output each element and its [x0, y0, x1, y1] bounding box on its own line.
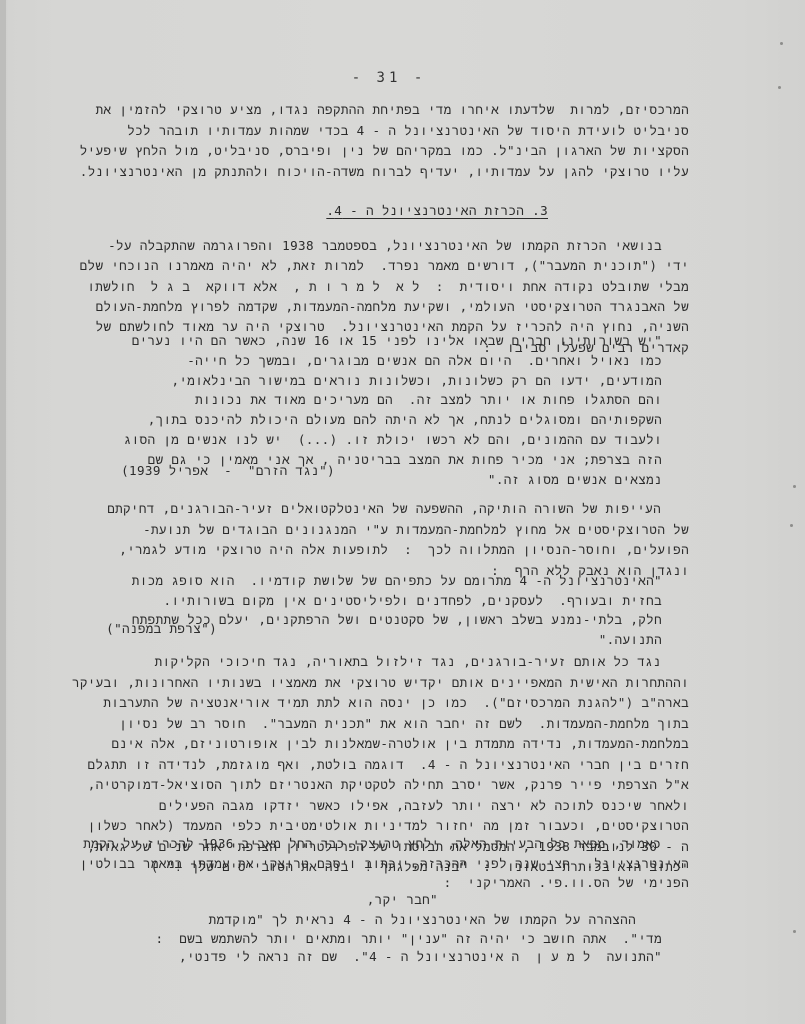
text-line: במלחמת-המעמדות, נדידה מתמדת בין אולטרה-ש… [111, 736, 689, 752]
scan-speck [778, 86, 781, 89]
scan-speck [790, 524, 793, 527]
section-heading: 3. הכרזת האינטרנציונל ה - 4. [326, 203, 548, 219]
text-line: בארה"ב ("להגנת המרכסיזם"). כמו כן ינסה ה… [103, 695, 689, 711]
quote-2-source: ("צרפת במפנה") [106, 621, 217, 637]
text-line: בנושאי הכרזת הקמתו של האינטרנציונל, בספט… [108, 238, 662, 254]
text-line: המרכסיזם, למרות שלדעתו איחרו מדי בפתיחת … [96, 102, 689, 118]
text-line: כמו נאויל ואחרים. היום אלה הם אנשים מבוג… [187, 353, 662, 369]
text-line: "האינטרנציונל ה- 4 מתרומם על כתפיהם של ש… [132, 573, 662, 589]
text-line: ידי ("תוכנית המעבר"), דורשים מאמר נפרד. … [80, 258, 689, 274]
text-line: הפנימי של הס.וו.פי. האמריקני : [444, 875, 689, 891]
scanned-page: - 31 - המרכסיזם, למרות שלדעתו איחרו מדי … [0, 0, 805, 1024]
text-line: הסקציות של הארגון הבינ"ל. כמו במקריהם של… [80, 143, 689, 159]
text-line: וההתחרות האישית המאפיינים אותם יקדיש טרו… [72, 675, 689, 691]
text-line: והם הסתגלו פחות או יותר למצב זה. הם מערי… [195, 392, 662, 408]
page-number: - 31 - [344, 70, 434, 86]
text-line: השקפותיהם ומסוגלים לנתח, אך לא היתה להם … [148, 412, 662, 428]
text-line: העייפות של השורה הותיקה, ההשפעה של האינט… [107, 501, 661, 517]
text-line: מדי". אתה חושב כי יהיה זה "ענין" יותר ומ… [155, 931, 662, 947]
text-line: נגד כל אותם זעיר-בורגנים, נגד זילזול בתא… [155, 654, 661, 670]
text-line: בחזית ובעורף. לעסקנים, לפחדנים ולפיליסטי… [164, 593, 662, 609]
text-line: סניבליט לועידת היסוד של האינטרנציונל ה -… [127, 123, 689, 139]
text-line: הפועלים, וחוסר-הנסיון המתלווה לכך : לתופ… [119, 542, 689, 558]
scan-speck [793, 930, 796, 933]
text-line: חזרים בין חברי האינטרנציונל ה - 4. דוגמה… [88, 757, 689, 773]
text-line: "יש בשורותינו חברים שבאו אלינו לפני 15 א… [132, 333, 662, 349]
text-line: נמצאים אנשים מסוג זה." [488, 472, 662, 488]
text-line: "התנועה ל מ ע ן ה אינטרנציונל ה - 4". שם… [179, 949, 662, 965]
text-line: מבלי שתובלט נקודה אחת ויסודית : ל א ל מ … [87, 279, 689, 295]
text-line: א"ל הצרפתי פייר פרנק, אשר יסרב תחילה לטק… [88, 777, 689, 793]
text-line: המודעים, ידעו הם רק כשלונות, וכשלונות נו… [171, 373, 662, 389]
text-line: התנועה." [599, 632, 662, 648]
text-line: האינטרנציונל. חצי שנה לפני ההכרזה, יכתוב… [80, 856, 689, 872]
text-line: ההצהרה על הקמתו של האינטרנציונל ה - 4 נר… [209, 912, 636, 928]
scan-speck [793, 485, 796, 488]
text-line: כאמור, מפאת כל הבעיות האלה, ילחץ טרוצקי … [83, 836, 661, 852]
text-line: של האבנגרד הטרוצקיסטי העולמי, ושקיעת מלח… [96, 299, 689, 315]
text-line: של הטרוצקיסטים אל מחוץ למלחמת-המעמדות ע"… [143, 522, 689, 538]
text-line: ולאחר שיכנס לתוכה לא ירצה יותר לעזבה, אפ… [159, 798, 689, 814]
text-line: ולעבוד עם ההמונים, והם לא רכשו יכולת זו.… [124, 432, 662, 448]
quote-1-source: ("נגד הזרם" - אפריל 1939) [121, 463, 335, 479]
text-line: בתוך מלחמת-המעמדות. לשם זה יחבר הוא את "… [119, 716, 689, 732]
scan-speck [780, 42, 783, 45]
text-line: עליו טרוצקי להגן על עמדותיו, יעדיף לברוח… [80, 164, 689, 180]
text-line: הטרוצקיסטים, וכעבור זמן מה יחזור למדיניו… [88, 818, 689, 834]
letter-salutation: "חבר יקר, [367, 892, 438, 908]
